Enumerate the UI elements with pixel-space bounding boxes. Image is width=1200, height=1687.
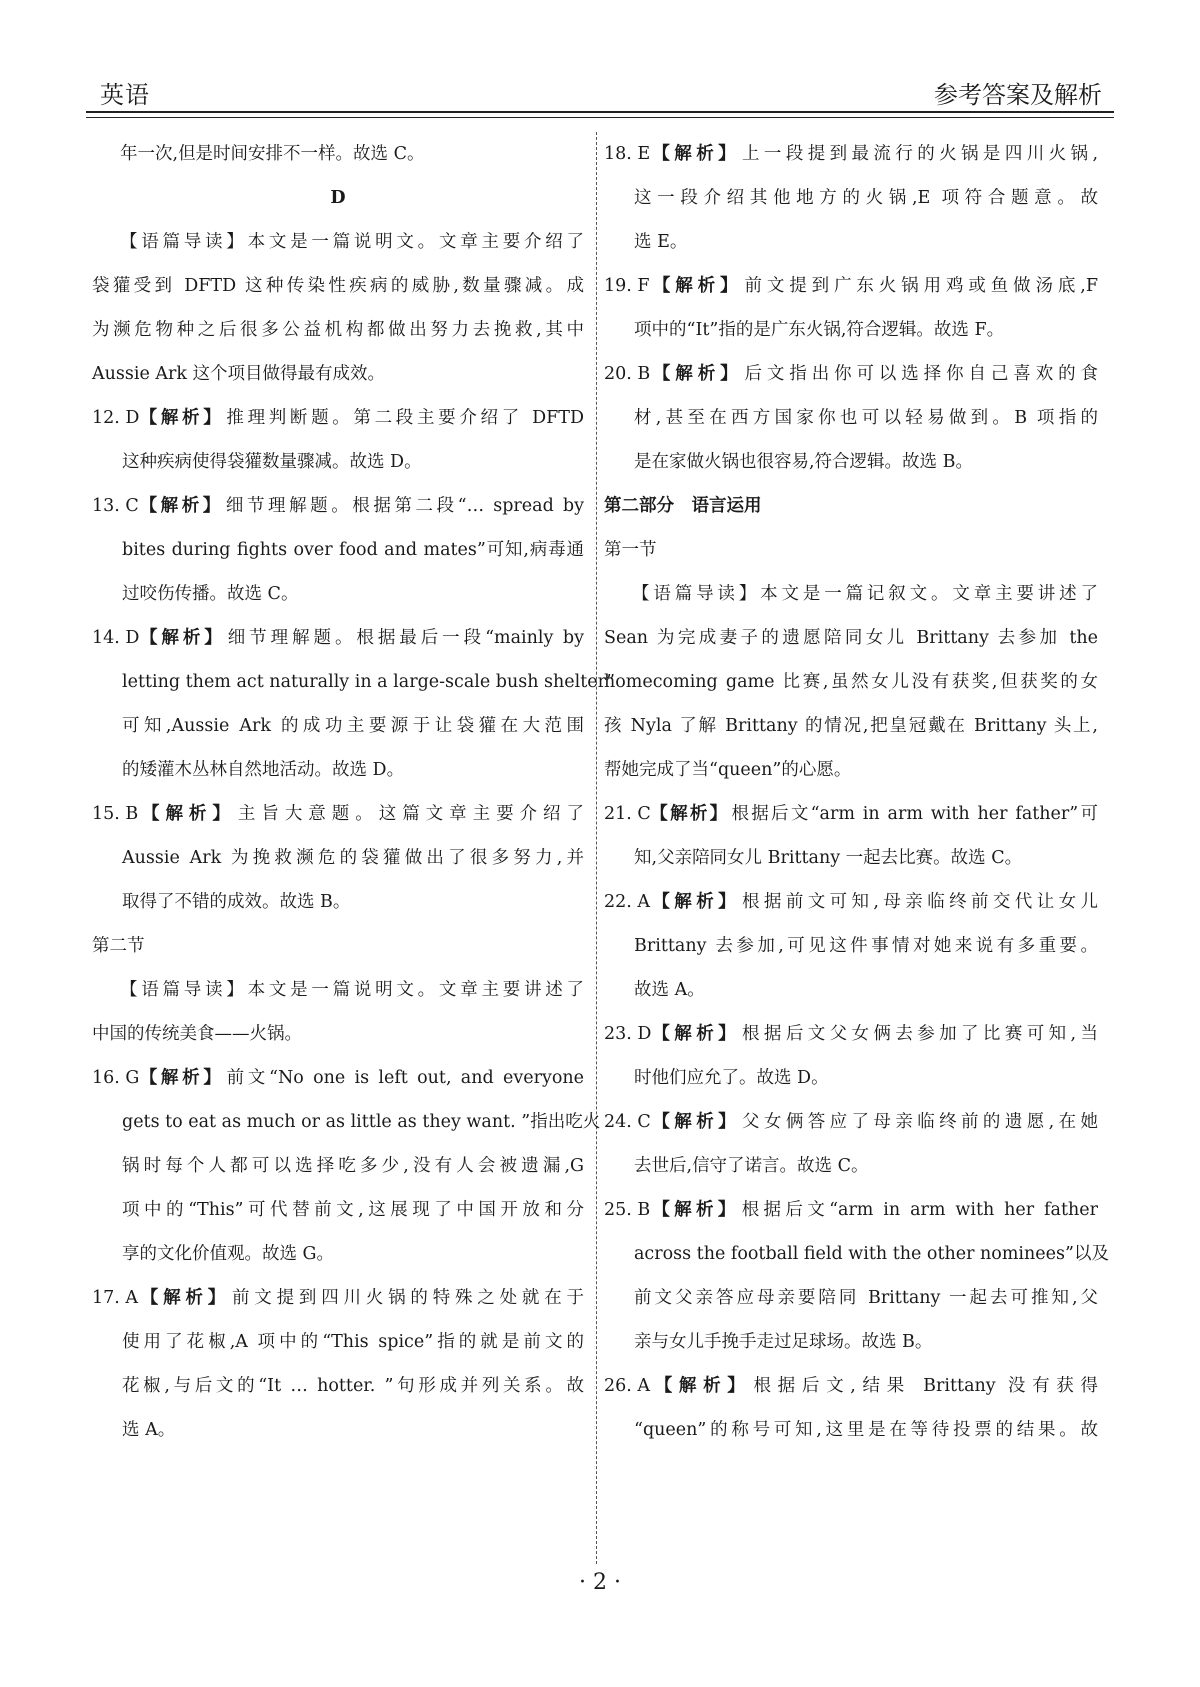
passage-heading: D: [92, 176, 584, 220]
header-rule-thin: [86, 117, 1114, 118]
answer-item-18: 18. E【解析】上一段提到最流行的火锅是四川火锅, 这一段介绍其他地方的火锅,…: [604, 132, 1098, 264]
answer-text: 前文“No one is left out, and everyone: [227, 1068, 584, 1088]
answer-text: 使用了花椒,A 项中的“This spice”指的就是前文的: [92, 1320, 584, 1364]
answer-text: 过咬伤传播。故选 C。: [92, 572, 584, 616]
analysis-tag: 【解析】: [136, 804, 236, 824]
question-number: 15. B: [92, 792, 136, 836]
question-number: 26. A: [604, 1364, 648, 1408]
answer-item-17: 17. A【解析】前文提到四川火锅的特殊之处就在于 使用了花椒,A 项中的“Th…: [92, 1276, 584, 1452]
answer-text: 知,父亲陪同女儿 Brittany 一起去比赛。故选 C。: [604, 836, 1098, 880]
intro-line: 袋獾受到 DFTD 这种传染性疾病的威胁,数量骤减。成: [92, 264, 584, 308]
intro-line: 为濒危物种之后很多公益机构都做出努力去挽救,其中: [92, 308, 584, 352]
part-heading: 第二部分 语言运用: [604, 484, 1098, 528]
section-heading: 第二节: [92, 924, 584, 968]
answer-text: 根据后文父女俩去参加了比赛可知,当: [742, 1024, 1098, 1044]
analysis-tag: 【解析】: [136, 628, 226, 648]
answer-item-12: 12. D【解析】推理判断题。第二段主要介绍了 DFTD 这种疾病使得袋獾数量骤…: [92, 396, 584, 484]
answer-item-20: 20. B【解析】后文指出你可以选择你自己喜欢的食 材,甚至在西方国家你也可以轻…: [604, 352, 1098, 484]
question-number: 25. B: [604, 1188, 648, 1232]
answer-text: 父女俩答应了母亲临终前的遗愿,在她: [742, 1112, 1098, 1132]
answer-text: 取得了不错的成效。故选 B。: [92, 880, 584, 924]
answer-item-21: 21. C【解析】根据后文“arm in arm with her father…: [604, 792, 1098, 880]
column-divider: [596, 132, 597, 1564]
answer-text: 根据前文可知,母亲临终前交代让女儿: [742, 892, 1098, 912]
intro-line: 【语篇导读】本文是一篇记叙文。文章主要讲述了: [604, 572, 1098, 616]
section-intro: 【语篇导读】本文是一篇记叙文。文章主要讲述了 Sean 为完成妻子的遗愿陪同女儿…: [604, 572, 1098, 792]
answer-text: 锅时每个人都可以选择吃多少,没有人会被遗漏,G: [92, 1144, 584, 1188]
question-number: 21. C: [604, 792, 648, 836]
answer-text: 前文提到广东火锅用鸡或鱼做汤底,F: [744, 276, 1098, 296]
intro-line: Aussie Ark 这个项目做得最有成效。: [92, 352, 584, 396]
answer-text: gets to eat as much or as little as they…: [92, 1100, 584, 1144]
answer-item-15: 15. B【解析】主旨大意题。这篇文章主要介绍了 Aussie Ark 为挽救濒…: [92, 792, 584, 924]
page-number: · 2 ·: [0, 1570, 1200, 1595]
right-column: 18. E【解析】上一段提到最流行的火锅是四川火锅, 这一段介绍其他地方的火锅,…: [604, 132, 1098, 1452]
analysis-tag: 【解析】: [648, 892, 740, 912]
answer-text: 主旨大意题。这篇文章主要介绍了: [238, 804, 584, 824]
intro-line: 【语篇导读】本文是一篇说明文。文章主要介绍了: [92, 220, 584, 264]
question-number: 14. D: [92, 616, 136, 660]
analysis-tag: 【解析】: [136, 408, 224, 428]
answer-text: 的矮灌木丛林自然地活动。故选 D。: [92, 748, 584, 792]
section-title: 参考答案及解析: [934, 75, 1102, 110]
answer-text: 项中的“It”指的是广东火锅,符合逻辑。故选 F。: [604, 308, 1098, 352]
intro-line: 孩 Nyla 了解 Brittany 的情况,把皇冠戴在 Brittany 头上…: [604, 704, 1098, 748]
question-number: 18. E: [604, 132, 648, 176]
answer-text: 根据后文“arm in arm with her father”可: [731, 804, 1098, 824]
analysis-tag: 【解析】: [648, 276, 742, 296]
answer-text: 花椒,与后文的“It … hotter. ”句形成并列关系。故: [92, 1364, 584, 1408]
question-number: 13. C: [92, 484, 136, 528]
left-column: 年一次,但是时间安排不一样。故选 C。 D 【语篇导读】本文是一篇说明文。文章主…: [92, 132, 584, 1452]
answer-text: 根据后文,结果 Brittany 没有获得: [753, 1376, 1098, 1396]
analysis-tag: 【解析】: [648, 1376, 751, 1396]
analysis-tag: 【解析】: [648, 1112, 740, 1132]
answer-text: 故选 A。: [604, 968, 1098, 1012]
question-number: 24. C: [604, 1100, 648, 1144]
answer-text: 前文提到四川火锅的特殊之处就在于: [232, 1288, 584, 1308]
analysis-tag: 【解析】: [136, 1288, 230, 1308]
answer-text: 这种疾病使得袋獾数量骤减。故选 D。: [92, 440, 584, 484]
answer-text: 细节理解题。根据最后一段“mainly by: [228, 628, 584, 648]
subject-label: 英语: [100, 75, 150, 110]
answer-text: 根据后文“arm in arm with her father: [742, 1200, 1098, 1220]
question-number: 23. D: [604, 1012, 648, 1056]
answer-text: 上一段提到最流行的火锅是四川火锅,: [742, 144, 1098, 164]
answer-text: 享的文化价值观。故选 G。: [92, 1232, 584, 1276]
continuation-text: 年一次,但是时间安排不一样。故选 C。: [92, 132, 584, 176]
answer-text: 是在家做火锅也很容易,符合逻辑。故选 B。: [604, 440, 1098, 484]
answer-text: 亲与女儿手挽手走过足球场。故选 B。: [604, 1320, 1098, 1364]
answer-item-22: 22. A【解析】根据前文可知,母亲临终前交代让女儿 Brittany 去参加,…: [604, 880, 1098, 1012]
answer-text: bites during fights over food and mates”…: [92, 528, 584, 572]
section-subheading: 第一节: [604, 528, 1098, 572]
question-number: 22. A: [604, 880, 648, 924]
answer-item-14: 14. D【解析】细节理解题。根据最后一段“mainly by letting …: [92, 616, 584, 792]
analysis-tag: 【解析】: [648, 1024, 740, 1044]
question-number: 19. F: [604, 264, 648, 308]
section-intro: 【语篇导读】本文是一篇说明文。文章主要讲述了 中国的传统美食——火锅。: [92, 968, 584, 1056]
analysis-tag: 【解析】: [136, 1068, 225, 1088]
answer-item-23: 23. D【解析】根据后文父女俩去参加了比赛可知,当 时他们应允了。故选 D。: [604, 1012, 1098, 1100]
answer-text: 细节理解题。根据第二段“… spread by: [226, 496, 584, 516]
answer-item-16: 16. G【解析】前文“No one is left out, and ever…: [92, 1056, 584, 1276]
intro-line: 帮她完成了当“queen”的心愿。: [604, 748, 1098, 792]
intro-line: Sean 为完成妻子的遗愿陪同女儿 Brittany 去参加 the: [604, 616, 1098, 660]
answer-item-25: 25. B【解析】根据后文“arm in arm with her father…: [604, 1188, 1098, 1364]
analysis-tag: 【解析】: [648, 144, 740, 164]
answer-text: 前文父亲答应母亲要陪同 Brittany 一起去可推知,父: [604, 1276, 1098, 1320]
answer-text: 项中的“This”可代替前文,这展现了中国开放和分: [92, 1188, 584, 1232]
answer-text: 去世后,信守了诺言。故选 C。: [604, 1144, 1098, 1188]
answer-text: 这一段介绍其他地方的火锅,E 项符合题意。故: [604, 176, 1098, 220]
answer-item-13: 13. C【解析】细节理解题。根据第二段“… spread by bites d…: [92, 484, 584, 616]
question-number: 20. B: [604, 352, 648, 396]
answer-text: Brittany 去参加,可见这件事情对她来说有多重要。: [604, 924, 1098, 968]
header-rule-thick: [86, 111, 1114, 113]
answer-text: 材,甚至在西方国家你也可以轻易做到。B 项指的: [604, 396, 1098, 440]
answer-text: 可知,Aussie Ark 的成功主要源于让袋獾在大范围: [92, 704, 584, 748]
analysis-tag: 【解析】: [648, 364, 743, 384]
analysis-tag: 【解析】: [648, 804, 729, 824]
question-number: 12. D: [92, 396, 136, 440]
page-header: 英语 参考答案及解析: [100, 74, 1102, 110]
question-number: 17. A: [92, 1276, 136, 1320]
intro-line: 中国的传统美食——火锅。: [92, 1012, 584, 1056]
answer-item-19: 19. F【解析】前文提到广东火锅用鸡或鱼做汤底,F 项中的“It”指的是广东火…: [604, 264, 1098, 352]
answer-text: 选 E。: [604, 220, 1098, 264]
answer-text: Aussie Ark 为挽救濒危的袋獾做出了很多努力,并: [92, 836, 584, 880]
analysis-tag: 【解析】: [136, 496, 224, 516]
passage-intro: 【语篇导读】本文是一篇说明文。文章主要介绍了 袋獾受到 DFTD 这种传染性疾病…: [92, 220, 584, 396]
analysis-tag: 【解析】: [648, 1200, 740, 1220]
answer-item-24: 24. C【解析】父女俩答应了母亲临终前的遗愿,在她 去世后,信守了诺言。故选 …: [604, 1100, 1098, 1188]
answer-text: letting them act naturally in a large-sc…: [92, 660, 584, 704]
answer-text: across the football field with the other…: [604, 1232, 1098, 1276]
answer-text: 时他们应允了。故选 D。: [604, 1056, 1098, 1100]
answer-text: “queen”的称号可知,这里是在等待投票的结果。故: [604, 1408, 1098, 1452]
answer-item-26: 26. A【解析】根据后文,结果 Brittany 没有获得 “queen”的称…: [604, 1364, 1098, 1452]
answer-text: 选 A。: [92, 1408, 584, 1452]
intro-line: 【语篇导读】本文是一篇说明文。文章主要讲述了: [92, 968, 584, 1012]
answer-text: 后文指出你可以选择你自己喜欢的食: [745, 364, 1099, 384]
answer-text: 推理判断题。第二段主要介绍了 DFTD: [226, 408, 584, 428]
question-number: 16. G: [92, 1056, 136, 1100]
intro-line: homecoming game 比赛,虽然女儿没有获奖,但获奖的女: [604, 660, 1098, 704]
